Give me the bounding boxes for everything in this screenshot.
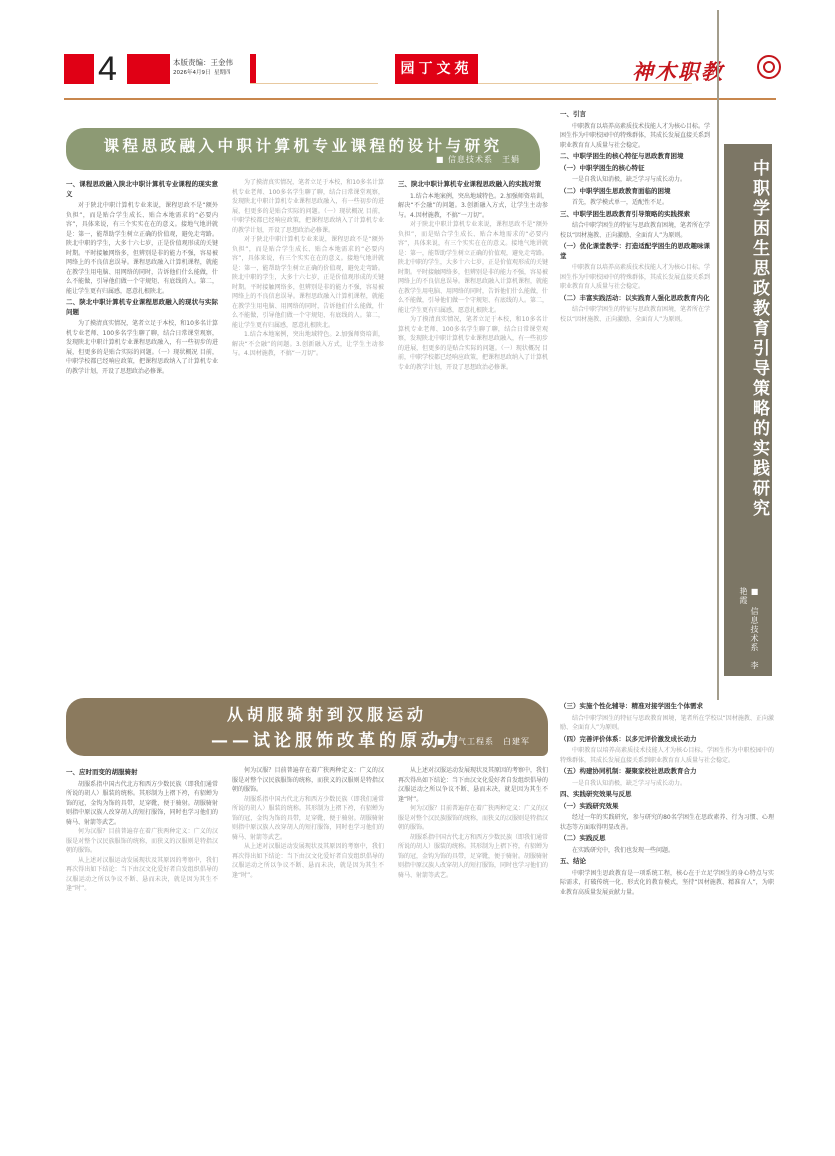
- section-text: 为了摸清真实情况，笔者立足于本校，和10多名计算机专业老师、100多名学生聊了聊…: [232, 178, 384, 235]
- section-heading: （一）优化课堂教学：打造适配学困生的思政趣味课堂: [560, 242, 710, 261]
- section-text: 对于陕北中职计算机专业来说，课程思政不是“额外负担”，而是贴合学生成长、贴合本地…: [398, 220, 548, 315]
- date-text: 2026年4月9日: [173, 70, 211, 76]
- article1-title: 课程思政融入中职计算机专业课程的设计与研究: [66, 134, 540, 156]
- section-heading: 三、中职学困生思政教育引导策略的实践探索: [560, 210, 710, 220]
- section-heading: （二）丰富实践活动：以实践育人强化思政教育内化: [560, 294, 710, 304]
- section-text: 胡服系指中国古代北方和西方少数民族（即我们通常所说的胡人）服装的统称。其形制为上…: [398, 833, 548, 881]
- section-text: 为了摸清真实情况，笔者立足于本校，和10多名计算机专业老师、100多名学生聊了聊…: [398, 315, 548, 372]
- section-text: 中职学困生思政教育是一项系统工程，核心在于立足学困生的身心特点与实际需求，打破传…: [560, 869, 774, 898]
- section-text: 中职教育以培养高素质技术技能人才为核心目标。学困生作为中职校园中的特殊群体，其成…: [560, 122, 710, 151]
- article1-column-3: 三、陕北中职计算机专业课程思政融入的实践对策 1.结合本地案例，突出地域特色。2…: [398, 178, 548, 678]
- section-heading: （二）中职学困生思政教育面临的困境: [560, 187, 710, 197]
- weekday-text: 星期四: [214, 70, 231, 76]
- section-heading: 二、陕北中职计算机专业课程思政融入的现状与实际问题: [66, 298, 218, 317]
- article3-column-1: 一、应时而变的胡服骑射 胡服系指中国古代北方和西方少数民族（即我们通常所说的胡人…: [66, 766, 218, 1146]
- section-text: 从上述对汉服运动发展现状及其原因的考察中，我们再次得出如下结论：当下由汉文化爱好…: [398, 766, 548, 804]
- article1-column-2: 为了摸清真实情况，笔者立足于本校，和10多名计算机专业老师、100多名学生聊了聊…: [232, 178, 384, 678]
- section-heading: （二）实践反思: [560, 834, 774, 844]
- section-heading: （四）完善评价体系：以多元评价激发成长动力: [560, 735, 774, 745]
- section-heading: 一、应时而变的胡服骑射: [66, 768, 218, 778]
- article3-title: 从胡服骑射到汉服运动: [106, 702, 548, 725]
- section-text: 首先，教学模式单一，适配性不足。: [560, 198, 710, 208]
- section-text: 对于陕北中职计算机专业来说，课程思政不是“额外负担”，而是贴合学生成长、贴合本地…: [66, 201, 218, 296]
- section-heading: 一、引言: [560, 110, 710, 120]
- column-divider: [717, 10, 719, 700]
- issue-date: 2026年4月9日 星期四: [173, 68, 233, 79]
- section-heading: 一、课程思政融入陕北中职计算机专业课程的现实意义: [66, 180, 218, 199]
- red-block: [64, 54, 94, 84]
- red-bar: [250, 54, 256, 84]
- section-text: 在实践研究中，我们也发现一些问题。: [560, 846, 774, 856]
- divider: [250, 83, 378, 84]
- section-text: 1.结合本地案例，突出地域特色。2.加强师资培训，解决“不会融”的问题。3.创新…: [232, 330, 384, 359]
- section-text: 胡服系指中国古代北方和西方少数民族（即我们通常所说的胡人）服装的统称。其形制为上…: [66, 780, 218, 828]
- article1-byline: ■ 信息技术系 王娟: [436, 154, 520, 165]
- section-text: 中职教育以培养高素质技术技能人才为核心目标。学困生作为中职校园中的特殊群体，其成…: [560, 263, 710, 292]
- article1-column-1: 一、课程思政融入陕北中职计算机专业课程的现实意义 对于陕北中职计算机专业来说，课…: [66, 178, 218, 678]
- editor-name: 本版责编：王金伟: [173, 57, 233, 68]
- section-text: 从上述对汉服运动发展现状及其原因的考察中，我们再次得出如下结论：当下由汉文化爱好…: [66, 856, 218, 894]
- section-text: 对于陕北中职计算机专业来说，课程思政不是“额外负担”，而是贴合学生成长、贴合本地…: [232, 235, 384, 330]
- section-heading: 二、中职学困生的核心特征与思政教育困境: [560, 152, 710, 162]
- section-text: 何为汉服？目前普遍存在着广狭两种定义：广义的汉服是对整个汉民族服饰的统称，而狭义…: [66, 827, 218, 856]
- section-text: 中职教育以培养高素质技术技能人才为核心目标。学困生作为中职校园中的特殊群体，其成…: [560, 746, 774, 765]
- section-text: 结合中职学困生的特征与思政教育困境，笔者所在学校以“因材施教、正向激励、全面育人…: [560, 221, 710, 240]
- article3-column-2: 何为汉服？目前普遍存在着广狭两种定义：广义的汉服是对整个汉民族服饰的统称，而狭义…: [232, 766, 384, 1146]
- section-heading: （三）实施个性化辅导：精准对接学困生个体需求: [560, 702, 774, 712]
- article3-byline: ■ 电气工程系 白建军: [437, 736, 530, 747]
- article3-column-3: 从上述对汉服运动发展现状及其原因的考察中，我们再次得出如下结论：当下由汉文化爱好…: [398, 766, 548, 1146]
- editor-info: 本版责编：王金伟 2026年4月9日 星期四: [173, 57, 233, 79]
- section-text: 一是自我认知消极，缺乏学习与成长动力。: [560, 779, 774, 789]
- masthead: 4 本版责编：王金伟 2026年4月9日 星期四 园丁文苑 神木职教: [64, 54, 776, 86]
- section-text: 结合中职学困生的特征与思政教育困境，笔者所在学校以“因材施教、正向激励、全面育人…: [560, 305, 710, 324]
- article2-column-lower: （三）实施个性化辅导：精准对接学困生个体需求 结合中职学困生的特征与思政教育困境…: [560, 700, 774, 1080]
- article1-title-box: 课程思政融入中职计算机专业课程的设计与研究 ■ 信息技术系 王娟: [66, 128, 540, 170]
- section-text: 从上述对汉服运动发展现状及其原因的考察中，我们再次得出如下结论：当下由汉文化爱好…: [232, 842, 384, 880]
- section-text: 胡服系指中国古代北方和西方少数民族（即我们通常所说的胡人）服装的统称。其形制为上…: [232, 795, 384, 843]
- section-text: 何为汉服？目前普遍存在着广狭两种定义：广义的汉服是对整个汉民族服饰的统称，而狭义…: [232, 766, 384, 795]
- article2-column: 一、引言 中职教育以培养高素质技术技能人才为核心目标。学困生作为中职校园中的特殊…: [560, 108, 710, 698]
- section-text: 经过一年的实践研究，参与研究的80名学困生在思政素养、行为习惯、心理状态等方面取…: [560, 813, 774, 832]
- section-heading: （五）构建协同机制：凝聚家校社思政教育合力: [560, 767, 774, 777]
- section-text: 一是自我认知消极，缺乏学习与成长动力。: [560, 175, 710, 185]
- header-rule: [64, 98, 776, 100]
- section-tag: 园丁文苑: [395, 54, 478, 84]
- page-number: 4: [98, 50, 117, 88]
- article3-title-box: 从胡服骑射到汉服运动 ——试论服饰改革的原动力 ■ 电气工程系 白建军: [66, 698, 548, 756]
- section-heading: （一）实践研究效果: [560, 802, 774, 812]
- section-text: 何为汉服？目前普遍存在着广狭两种定义：广义的汉服是对整个汉民族服饰的统称，而狭义…: [398, 804, 548, 833]
- brand-name: 神木职教: [632, 56, 724, 86]
- section-heading: 五、结论: [560, 857, 774, 867]
- school-logo-icon: [757, 55, 781, 79]
- section-heading: （一）中职学困生的核心特征: [560, 164, 710, 174]
- section-text: 为了摸清真实情况，笔者立足于本校，和10多名计算机专业老师、100多名学生聊了聊…: [66, 319, 218, 376]
- section-heading: 三、陕北中职计算机专业课程思政融入的实践对策: [398, 180, 548, 190]
- article2-title: 中职学困生思政教育引导策略的实践研究: [724, 159, 772, 519]
- article2-title-box: 中职学困生思政教育引导策略的实践研究 ■ 信息技术系 李艳霞: [724, 144, 772, 676]
- article2-byline: ■ 信息技术系 李艳霞: [738, 587, 760, 676]
- section-heading: 四、实践研究效果与反思: [560, 790, 774, 800]
- red-block: [127, 54, 170, 84]
- section-text: 1.结合本地案例，突出地域特色。2.加强师资培训，解决“不会融”的问题。3.创新…: [398, 192, 548, 221]
- section-text: 结合中职学困生的特征与思政教育困境，笔者所在学校以“因材施教、正向激励、全面育人…: [560, 714, 774, 733]
